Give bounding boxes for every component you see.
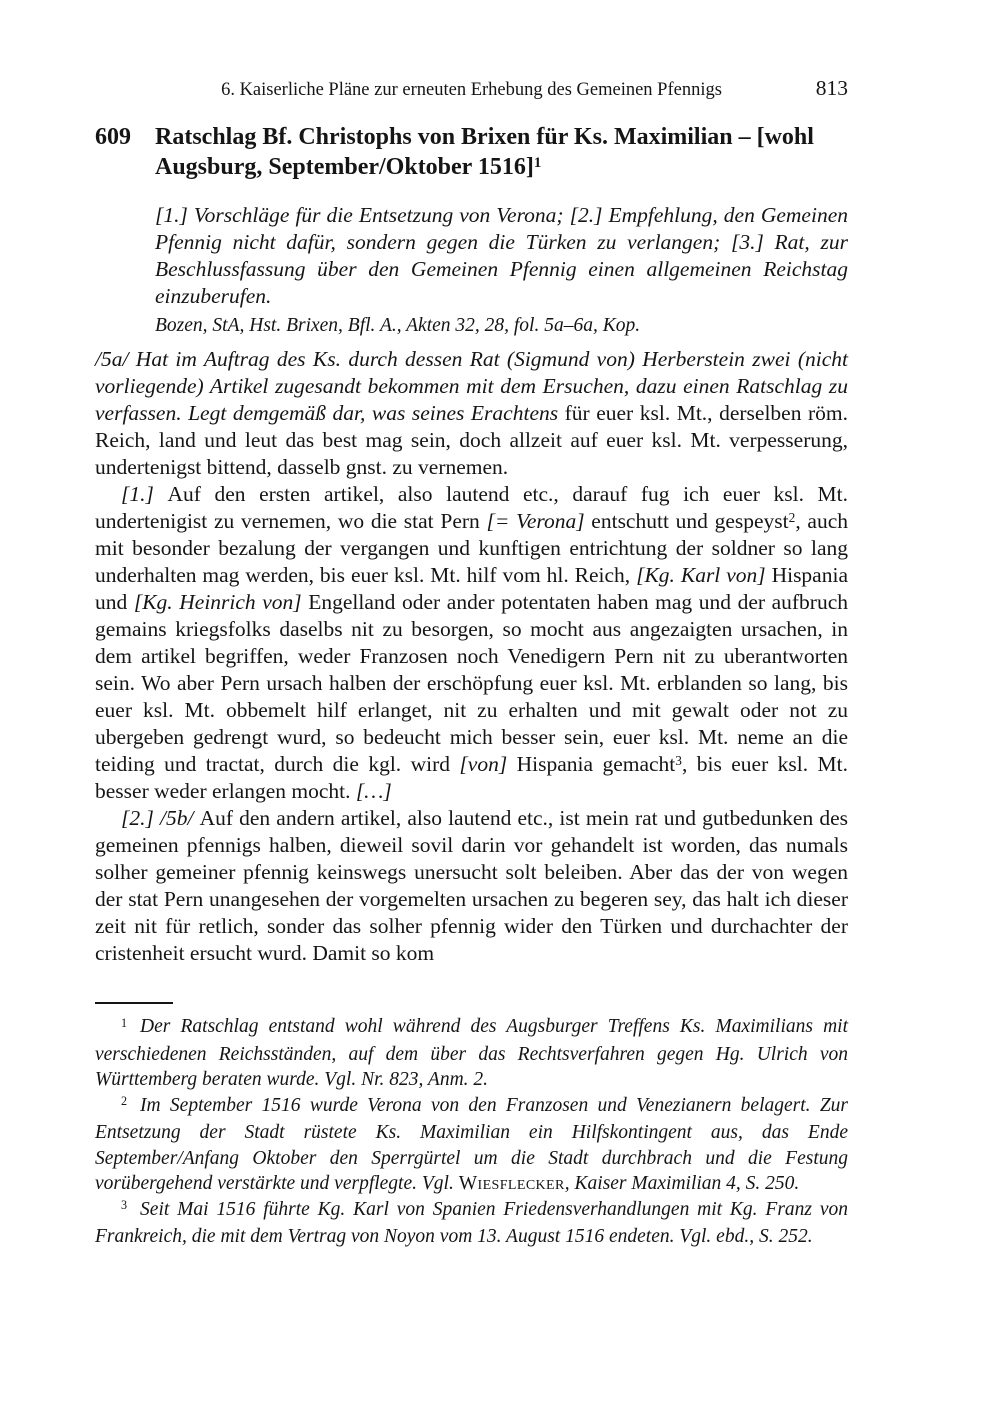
- text-run: [von]: [459, 752, 516, 776]
- text-run: Wiesflecker: [459, 1173, 565, 1194]
- body-paragraph: [2.] /5b/ Auf den andern artikel, also l…: [95, 805, 848, 967]
- text-run: [1.]: [121, 482, 167, 506]
- superscript-run: 3: [675, 753, 682, 768]
- body-paragraph: /5a/ Hat im Auftrag des Ks. durch dessen…: [95, 346, 848, 481]
- text-run: , Kaiser Maximilian 4, S. 250.: [565, 1173, 800, 1194]
- text-run: Engelland oder ander potentaten haben ma…: [95, 590, 848, 776]
- text-run: [Kg. Heinrich von]: [134, 590, 308, 614]
- footnote: 3Seit Mai 1516 führte Kg. Karl von Spani…: [95, 1197, 848, 1250]
- footnote-number: 2: [121, 1094, 127, 1108]
- text-run: [2.] /5b/: [121, 806, 200, 830]
- superscript-run: 2: [789, 510, 796, 525]
- document-heading: 609 Ratschlag Bf. Christophs von Brixen …: [95, 122, 848, 182]
- running-header-title: 6. Kaiserliche Pläne zur erneuten Erhebu…: [95, 78, 848, 102]
- footnote-number: 1: [121, 1016, 127, 1030]
- text-run: Ratschlag Bf. Christophs von Brixen für …: [155, 124, 814, 180]
- book-page: 6. Kaiserliche Pläne zur erneuten Erhebu…: [0, 0, 1004, 1418]
- superscript-run: 1: [534, 155, 541, 171]
- footnote: 2Im September 1516 wurde Verona von den …: [95, 1093, 848, 1197]
- text-run: Seit Mai 1516 führte Kg. Karl von Spanie…: [95, 1199, 848, 1248]
- text-run: Der Ratschlag entstand wohl während des …: [95, 1016, 848, 1090]
- text-run: […]: [356, 779, 392, 803]
- document-number: 609: [95, 122, 155, 152]
- text-run: [= Verona]: [487, 509, 592, 533]
- body-paragraph: [1.] Auf den ersten artikel, also lauten…: [95, 481, 848, 805]
- page-number: 813: [816, 76, 848, 100]
- document-body: /5a/ Hat im Auftrag des Ks. durch dessen…: [95, 346, 848, 967]
- text-run: [1.] Vorschläge für die Entsetzung von V…: [155, 203, 848, 308]
- footnote-separator-rule: [95, 1002, 173, 1004]
- text-run: entschutt und gespeyst: [591, 509, 788, 533]
- document-title: Ratschlag Bf. Christophs von Brixen für …: [155, 122, 848, 182]
- running-header: 6. Kaiserliche Pläne zur erneuten Erhebu…: [95, 78, 848, 104]
- text-run: Auf den andern artikel, also lautend etc…: [95, 806, 848, 965]
- footnotes: 1Der Ratschlag entstand wohl während des…: [95, 1014, 848, 1250]
- text-run: Hispania gemacht: [517, 752, 676, 776]
- text-run: [Kg. Karl von]: [636, 563, 771, 587]
- footnote-number: 3: [121, 1198, 127, 1212]
- document-summary: [1.] Vorschläge für die Entsetzung von V…: [155, 202, 848, 310]
- archival-source: Bozen, StA, Hst. Brixen, Bfl. A., Akten …: [155, 313, 848, 338]
- footnote: 1Der Ratschlag entstand wohl während des…: [95, 1014, 848, 1093]
